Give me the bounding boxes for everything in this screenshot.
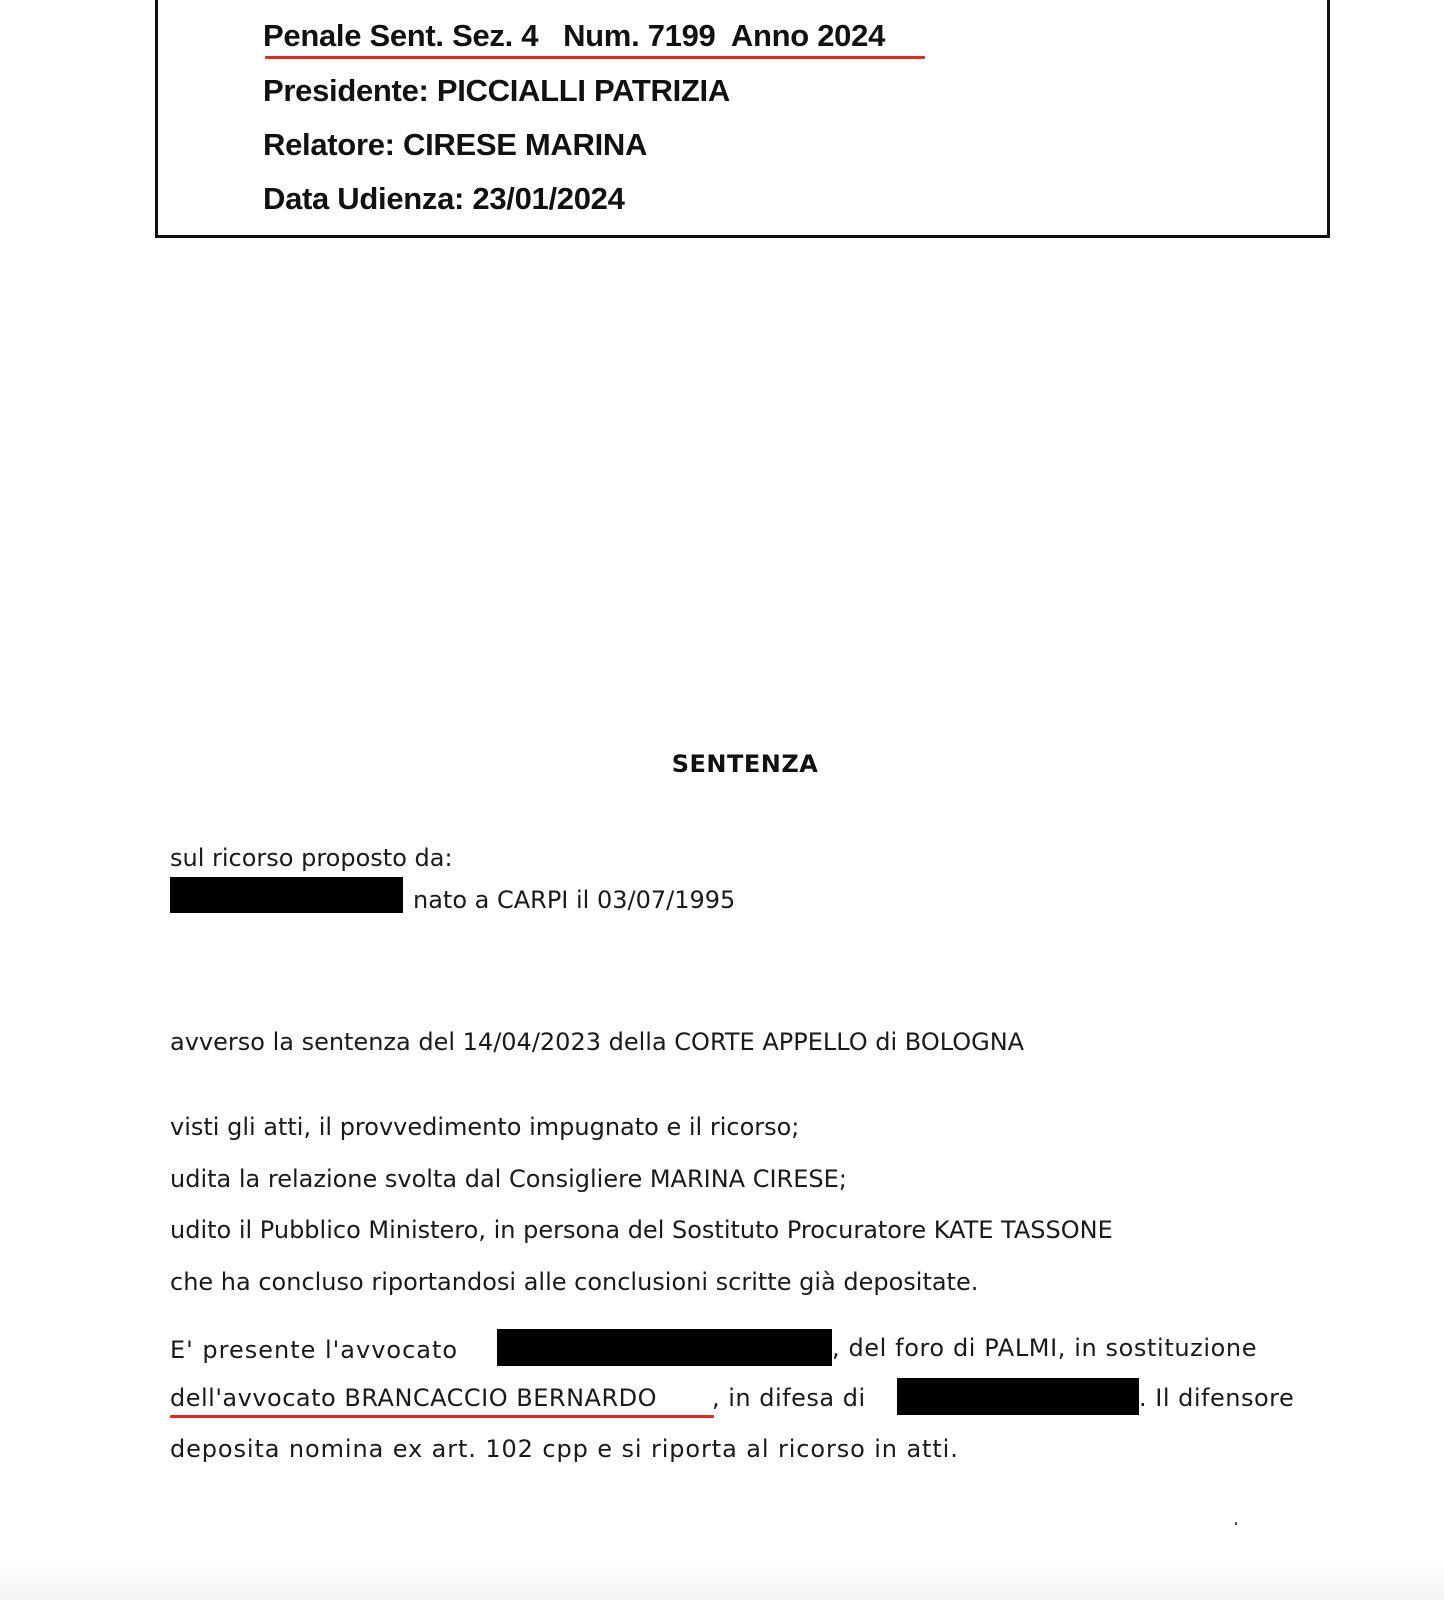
substituted-lawyer: dell'avvocato BRANCACCIO BERNARDO xyxy=(170,1386,657,1410)
presente-prefix: E' presente l'avvocato xyxy=(170,1338,458,1362)
visti-line: visti gli atti, il provvedimento impugna… xyxy=(170,1115,799,1139)
udita-line: udita la relazione svolta dal Consiglier… xyxy=(170,1167,847,1191)
udito-line: udito il Pubblico Ministero, in persona … xyxy=(170,1218,1113,1242)
hearing-date: Data Udienza: 23/01/2024 xyxy=(263,183,625,214)
difesa-text: , in difesa di xyxy=(712,1386,866,1410)
appealed-judgment: avverso la sentenza del 14/04/2023 della… xyxy=(170,1030,1024,1054)
scan-speck xyxy=(1235,1522,1237,1525)
presente-suffix: , del foro di PALMI, in sostituzione xyxy=(832,1336,1257,1360)
conclusioni-line: che ha concluso riportandosi alle conclu… xyxy=(170,1270,978,1294)
redaction-defendant-name xyxy=(897,1378,1139,1415)
case-reference-underline xyxy=(265,56,925,59)
deposita-line: deposita nomina ex art. 102 cpp e si rip… xyxy=(170,1437,959,1461)
appellant-birth-info: nato a CARPI il 03/07/1995 xyxy=(413,888,735,912)
difensore-text: . Il difensore xyxy=(1139,1386,1294,1410)
substituted-lawyer-underline xyxy=(170,1415,714,1418)
page-bottom-edge xyxy=(0,1560,1444,1600)
ricorso-intro: sul ricorso proposto da: xyxy=(170,846,453,870)
document-title: SENTENZA xyxy=(0,750,1444,778)
case-reference: Penale Sent. Sez. 4 Num. 7199 Anno 2024 xyxy=(263,20,885,51)
redaction-appellant-name xyxy=(170,877,403,913)
president: Presidente: PICCIALLI PATRIZIA xyxy=(263,75,730,106)
redaction-lawyer-name xyxy=(497,1329,832,1366)
rapporteur: Relatore: CIRESE MARINA xyxy=(263,129,647,160)
